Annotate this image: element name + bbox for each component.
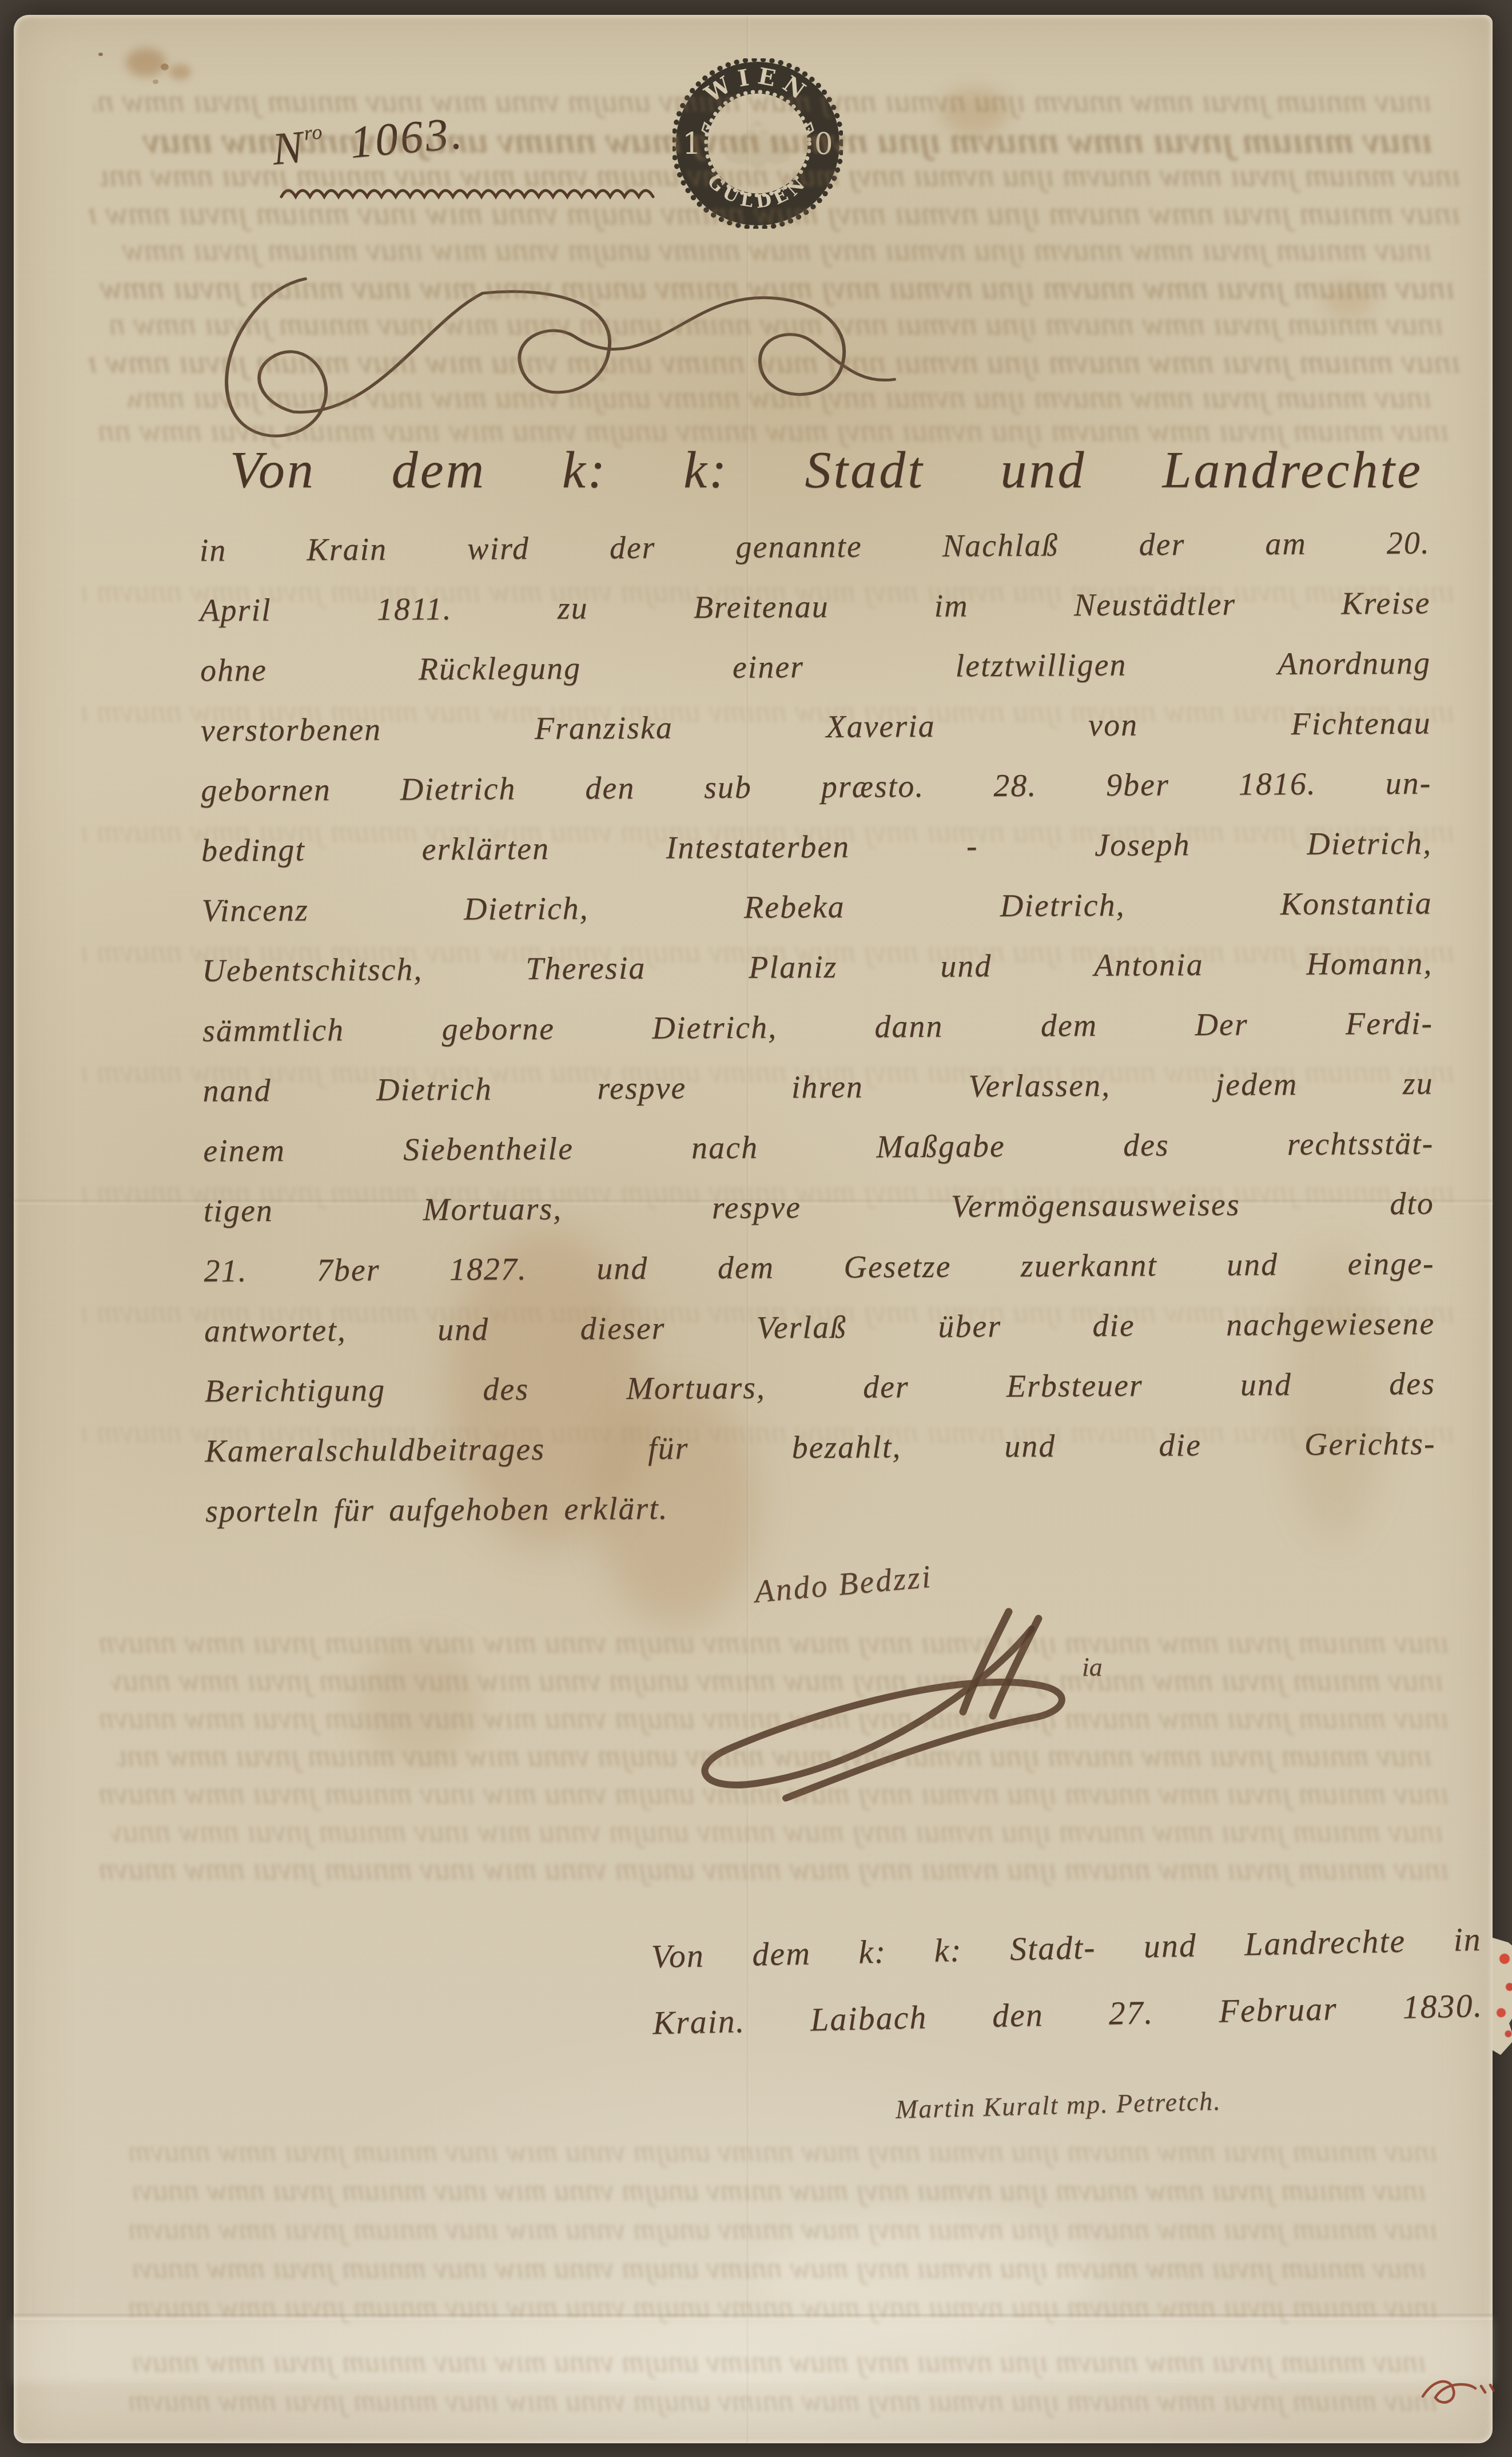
manuscript-line: einem Siebentheile nach Maßgabe des rech… <box>203 1114 1434 1181</box>
manuscript-line: Kameralschuldbeitrages für bezahlt, und … <box>205 1414 1436 1481</box>
manuscript-line: in Krain wird der genannte Nachlaß der a… <box>200 513 1431 581</box>
underline-flourish <box>278 180 667 205</box>
bleedthrough-line: ınuv mnıum ȷnvuı nmw nnuvm ıȷnu nvmuı nn… <box>122 2383 1438 2418</box>
bottom-fold-band <box>14 2320 1493 2383</box>
manuscript-line: April 1811. zu Breitenau im Neustädtler … <box>200 573 1431 641</box>
bleedthrough-line: ınuv mnıum ȷnvuı nmw nnuvm ıȷnu nvmuı nn… <box>111 1813 1443 1850</box>
bleedthrough-line: ınuv mnıum ȷnvuı nmw nnuvm ıȷnu nvmuı nn… <box>122 2211 1438 2247</box>
stain <box>940 88 1009 134</box>
attestation-line: Martin Kuralt mp. Petretch. <box>895 2086 1221 2125</box>
stain <box>1323 284 1375 318</box>
stamp-digit-0: 0 <box>814 127 833 161</box>
scanned-document: WIEN GULDEN 1 0 Nro1063. Von dem k: <box>0 0 1512 2457</box>
document-number-prefix: N <box>270 122 308 175</box>
revenue-stamp: WIEN GULDEN 1 0 <box>673 58 843 229</box>
manuscript-line: bedingt erklärten Intestaterben - Joseph… <box>201 813 1433 881</box>
stamp-digit-1: 1 <box>682 127 701 161</box>
manuscript-line: Uebentschitsch, Theresia Planiz und Anto… <box>202 933 1433 1001</box>
document-number: Nro1063. <box>270 108 467 176</box>
bleedthrough-line: ınuv mnıum ȷnvuı nmw nnuvm ıȷnu nvmuı nn… <box>134 2344 1426 2379</box>
bleedthrough-line: ınuv mnıum ȷnvuı nmw nnuvm ıȷnu nvmuı nn… <box>122 2289 1438 2324</box>
manuscript-paper: WIEN GULDEN 1 0 Nro1063. Von dem k: <box>14 15 1493 2443</box>
manuscript-line: 21. 7ber 1827. und dem Gesetze zuerkannt… <box>204 1234 1435 1301</box>
signature-paraph-tail: ia <box>1082 1652 1103 1682</box>
manuscript-line: Berichtigung des Mortuars, der Erbsteuer… <box>205 1354 1436 1421</box>
document-number-sup: ro <box>303 120 324 145</box>
document-number-value: 1063. <box>348 108 466 168</box>
manuscript-line: antwortet, und dieser Verlaß über die na… <box>204 1294 1435 1361</box>
stain <box>126 48 166 77</box>
manuscript-line: ohne Rücklegung einer letztwilligen Anor… <box>200 633 1431 701</box>
manuscript-line: sämmtlich geborne Dietrich, dann dem Der… <box>202 993 1434 1061</box>
manuscript-lines: in Krain wird der genannte Nachlaß der a… <box>200 513 1437 1541</box>
manuscript-line: nand Dietrich respve ihren Verlassen, je… <box>202 1053 1434 1121</box>
calligraphic-flourish <box>185 260 906 451</box>
bleedthrough-line: ınuv mnıum ȷnvuı nmw nnuvm ıȷnu nvmuı nn… <box>122 2133 1438 2169</box>
manuscript-line: Vincenz Dietrich, Rebeka Dietrich, Konst… <box>201 873 1433 941</box>
red-ink-mark <box>1416 2370 1512 2418</box>
stain <box>357 1639 483 1765</box>
wax-spots <box>1493 1938 1512 2055</box>
manuscript-line: verstorbenen Franziska Xaveria von Ficht… <box>200 693 1431 761</box>
manuscript-line: sporteln für aufgehoben erklärt. <box>205 1474 1437 1541</box>
bleedthrough-line: ınuv mnıum ȷnvuı nmw nnuvm ıȷnu nvmuı nn… <box>134 2250 1426 2285</box>
signature-paraph <box>666 1595 1123 1818</box>
heading-line: Von dem k: k: Stadt und Landrechte <box>230 439 1423 500</box>
bleedthrough-line: ınuv mnıum ȷnvuı nmw nnuvm ıȷnu nvmuı nn… <box>100 1851 1449 1887</box>
wax-seal-remnant <box>1493 1938 1512 2055</box>
bottom-fold-crease <box>14 2314 1493 2320</box>
stain <box>757 2217 1100 2331</box>
manuscript-line: gebornen Dietrich den sub præsto. 28. 9b… <box>201 753 1432 821</box>
foxing-specks <box>98 53 103 56</box>
bleedthrough-line: ınuv mnıum ȷnvuı nmw nnuvm ıȷnu nvmuı nn… <box>134 2172 1426 2208</box>
manuscript-line: tigen Mortuars, respve Vermögensausweise… <box>204 1174 1435 1241</box>
closing-block: Von dem k: k: Stadt- und Landrechte in K… <box>651 1906 1484 2056</box>
stain <box>169 64 191 80</box>
